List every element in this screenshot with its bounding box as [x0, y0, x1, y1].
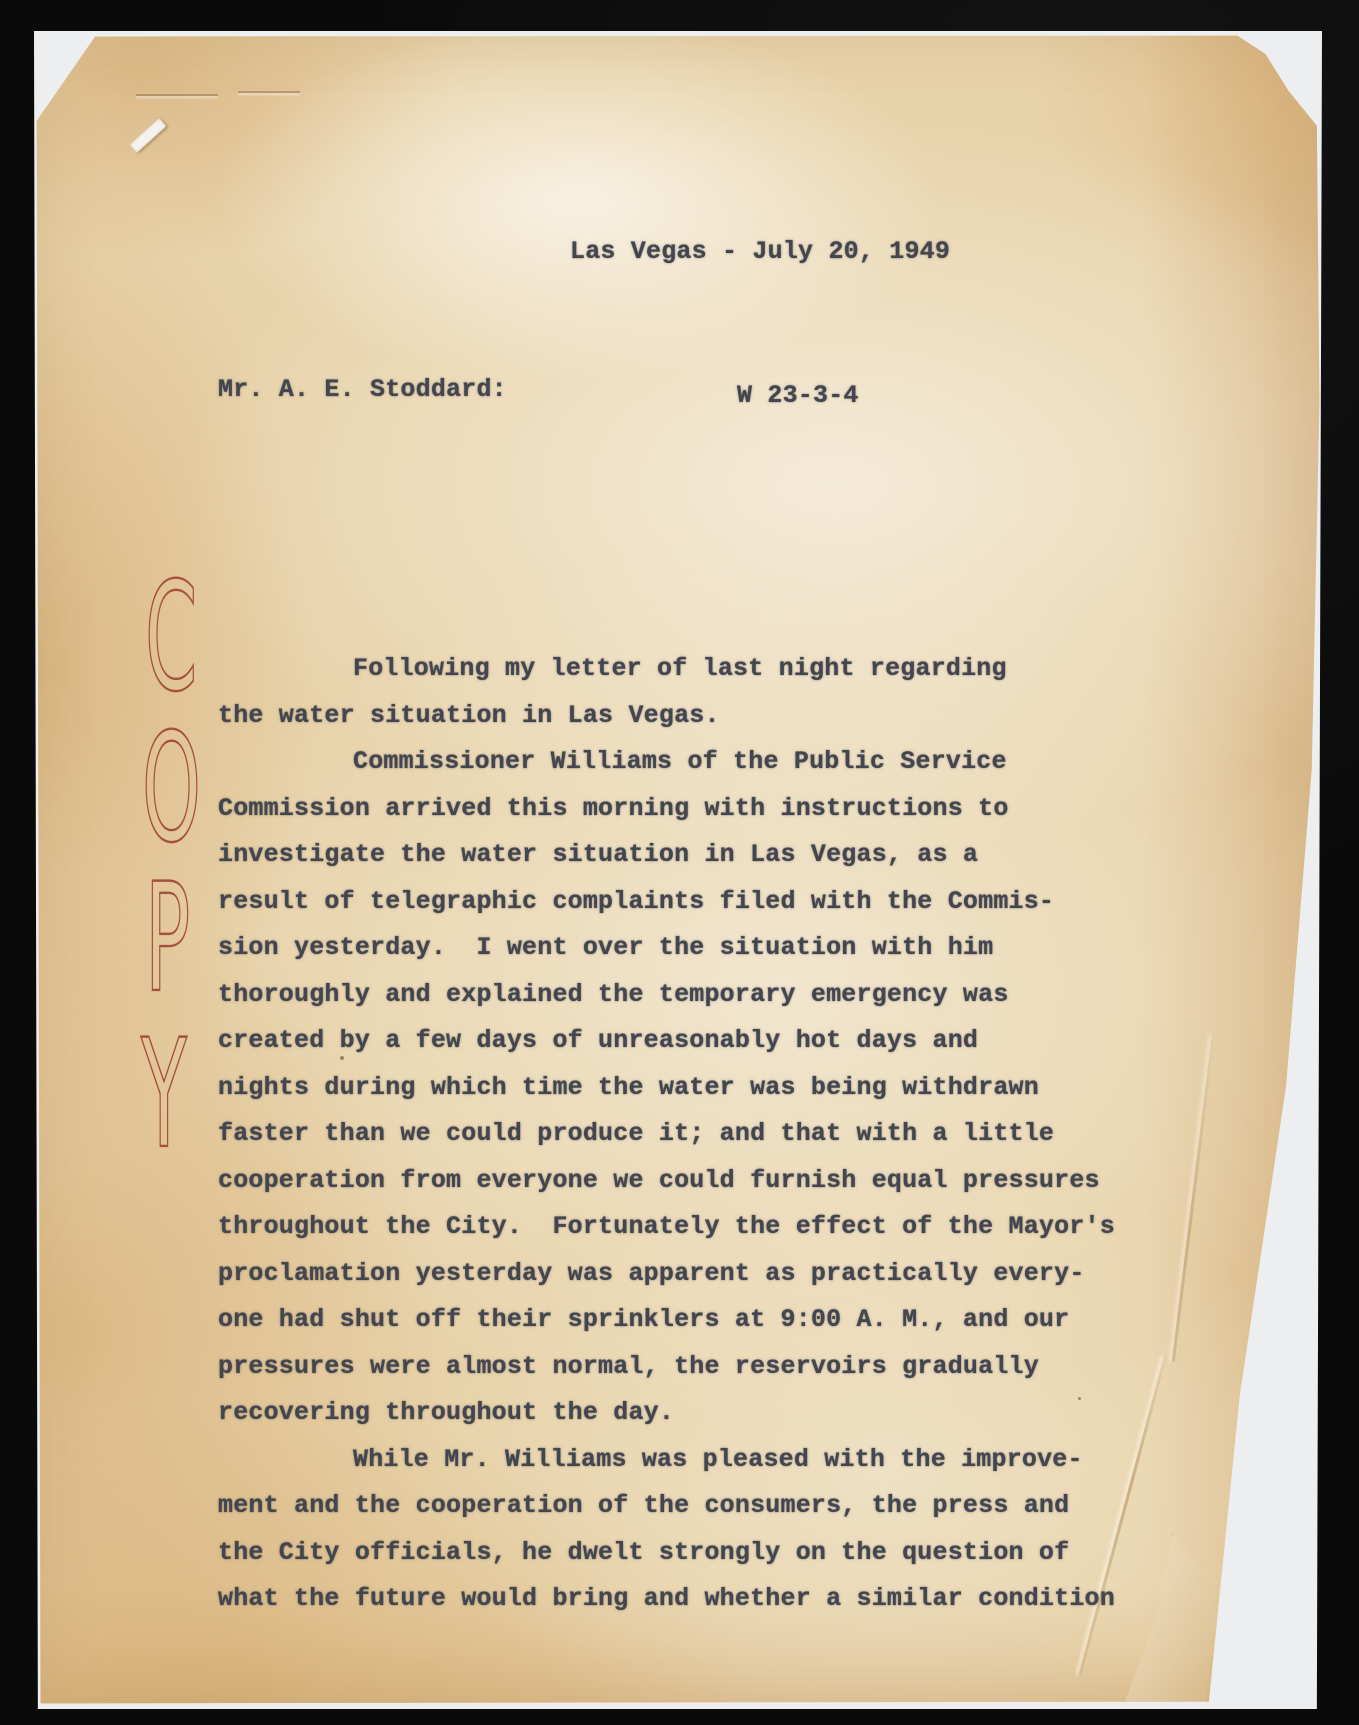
- letter-line: Commissioner Williams of the Public Serv…: [218, 739, 1178, 786]
- letter-line: recovering throughout the day.: [218, 1390, 1178, 1437]
- letter-line: the water situation in Las Vegas.: [218, 693, 1178, 740]
- salutation: Mr. A. E. Stoddard:: [218, 367, 1178, 414]
- letter-line: faster than we could produce it; and tha…: [218, 1111, 1178, 1158]
- copy-stamp: C O P Y: [86, 546, 226, 1206]
- letter-line: created by a few days of unreasonably ho…: [218, 1018, 1178, 1065]
- letter-line: Commission arrived this morning with ins…: [218, 786, 1178, 833]
- copy-stamp-letter: O: [142, 701, 201, 876]
- staple-mark: [238, 91, 300, 93]
- letter-line: Following my letter of last night regard…: [218, 646, 1178, 693]
- letter-line: cooperation from everyone we could furni…: [218, 1158, 1178, 1205]
- letter-line: sion yesterday. I went over the situatio…: [218, 925, 1178, 972]
- letter-line: the City officials, he dwelt strongly on…: [218, 1530, 1178, 1577]
- copy-stamp-letter: C: [145, 550, 197, 725]
- staple-mark: [136, 94, 218, 96]
- letter-line: proclamation yesterday was apparent as p…: [218, 1251, 1178, 1298]
- crease-line: [1172, 1034, 1215, 1362]
- letter-body: Mr. A. E. Stoddard: Following my letter …: [218, 274, 1178, 1716]
- letter-line: nights during which time the water was b…: [218, 1065, 1178, 1112]
- letter-lines: Following my letter of last night regard…: [218, 507, 1178, 1623]
- paper-slit-mark: [129, 118, 166, 153]
- letter-line: While Mr. Williams was pleased with the …: [218, 1437, 1178, 1484]
- copy-stamp-letter: Y: [140, 1007, 187, 1182]
- letter-line: thoroughly and explained the temporary e…: [218, 972, 1178, 1019]
- letter-line: investigate the water situation in Las V…: [218, 832, 1178, 879]
- letter-page: C O P Y Las Vegas - July 20, 1949 W 23-3…: [36, 34, 1322, 1705]
- letter-line: what the future would bring and whether …: [218, 1576, 1178, 1623]
- copy-stamp-letter: P: [145, 851, 190, 1026]
- date-line: Las Vegas - July 20, 1949: [570, 228, 950, 276]
- letter-line: ment and the cooperation of the consumer…: [218, 1483, 1178, 1530]
- letter-line: throughout the City. Fortunately the eff…: [218, 1204, 1178, 1251]
- letter-line: result of telegraphic complaints filed w…: [218, 879, 1178, 926]
- photo-background: C O P Y Las Vegas - July 20, 1949 W 23-3…: [0, 0, 1359, 1725]
- letter-line: one had shut off their sprinklers at 9:0…: [218, 1297, 1178, 1344]
- letter-line: pressures were almost normal, the reserv…: [218, 1344, 1178, 1391]
